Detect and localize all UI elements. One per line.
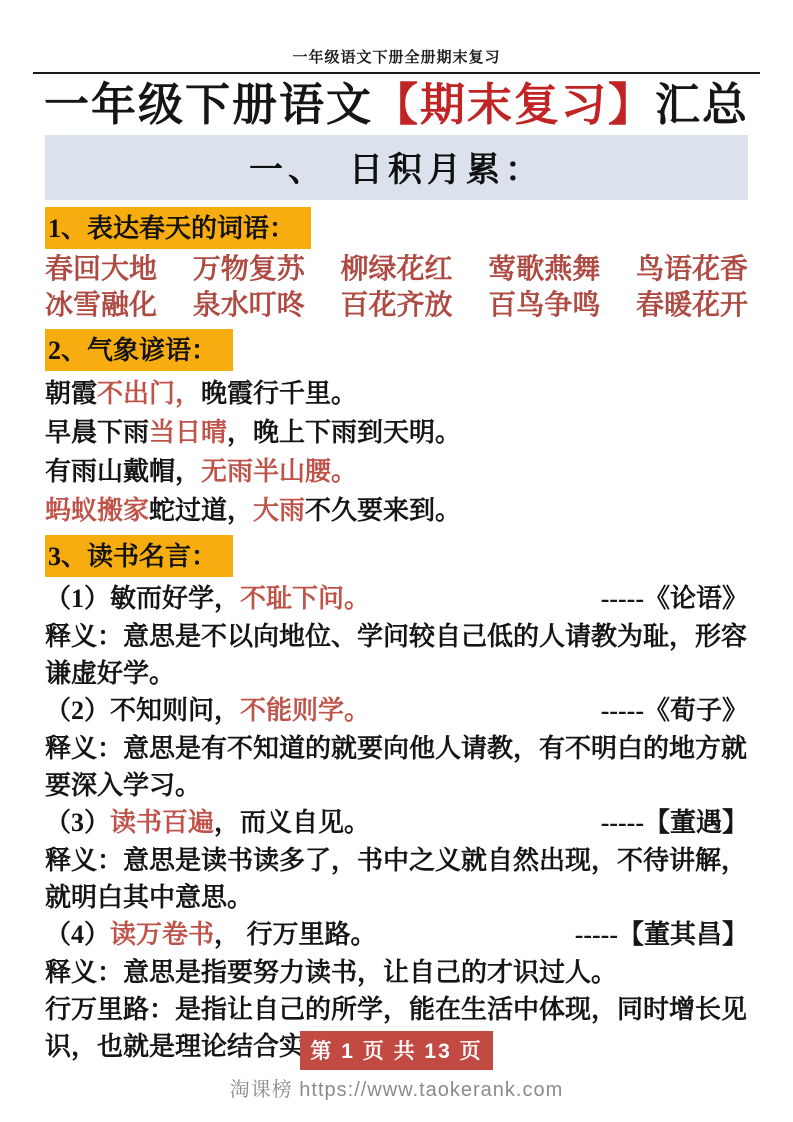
- quote-block: （3）读书百遍，而义自见。-----【董遇】释义：意思是读书读多了，书中之义就自…: [45, 804, 748, 916]
- quote-line: （4）读万卷书， 行万里路。-----【董其昌】: [45, 916, 748, 954]
- body-text: ，晚上下雨到天明。: [227, 418, 461, 447]
- spring-word: 柳绿花红: [340, 252, 452, 288]
- proverb-line: 朝霞不出门，晚霞行千里。: [45, 374, 748, 413]
- quote-line: （1）敏而好学，不耻下问。-----《论语》: [45, 580, 748, 618]
- body-text: ， 行万里路。: [214, 920, 377, 949]
- spring-word: 鸟语花香: [636, 252, 748, 288]
- spring-word-list: 春回大地万物复苏柳绿花红莺歌燕舞鸟语花香冰雪融化泉水叮咚百花齐放百鸟争鸣春暖花开: [45, 252, 748, 324]
- spring-word: 泉水叮咚: [193, 288, 305, 324]
- site-watermark: 淘课榜 https://www.taokerank.com: [0, 1073, 793, 1102]
- running-header: 一年级语文下册全册期末复习: [0, 0, 793, 67]
- highlight-red-text: 蚂蚁搬家: [45, 496, 149, 525]
- quote-explanation: 释义：意思是读书读多了，书中之义就自然出现，不待讲解，就明白其中意思。: [45, 842, 748, 916]
- quote-source: -----《论语》: [601, 580, 748, 618]
- body-text: （1）敏而好学，: [45, 584, 240, 613]
- quote-block: （1）敏而好学，不耻下问。-----《论语》释义：意思是不以向地位、学问较自己低…: [45, 580, 748, 692]
- page-footer: 第 1 页 共 13 页 淘课榜 https://www.taokerank.c…: [0, 1031, 793, 1102]
- quote-source: -----【董其昌】: [575, 916, 748, 954]
- quote-line: （2）不知则问，不能则学。-----《荀子》: [45, 692, 748, 730]
- spring-word: 百花齐放: [340, 288, 452, 324]
- quote-source: -----《荀子》: [601, 692, 748, 730]
- body-text: 释义：意思是读书读多了，书中之义就自然出现，不待讲解，就明白其中意思。: [45, 846, 747, 912]
- quote-text: （1）敏而好学，不耻下问。: [45, 580, 370, 618]
- body-text: 晚霞行千里。: [201, 379, 357, 408]
- spring-word: 冰雪融化: [45, 288, 157, 324]
- quote-text: （2）不知则问，不能则学。: [45, 692, 370, 730]
- document-page: 一年级语文下册全册期末复习 一年级下册语文【期末复习】汇总 一、 日积月累： 1…: [0, 0, 793, 1122]
- body-text: 不久要来到。: [305, 496, 461, 525]
- quote-text: （4）读万卷书， 行万里路。: [45, 916, 377, 954]
- heading-spring-words: 1、表达春天的词语：: [45, 207, 311, 249]
- page-number-badge: 第 1 页 共 13 页: [300, 1031, 492, 1070]
- proverb-line: 有雨山戴帽，无雨半山腰。: [45, 452, 748, 491]
- highlight-red-text: 无雨半山腰。: [201, 457, 357, 486]
- section-banner: 一、 日积月累：: [45, 135, 748, 200]
- body-text: （4）: [45, 920, 110, 949]
- body-text: 有雨山戴帽，: [45, 457, 201, 486]
- body-text: （2）不知则问，: [45, 696, 240, 725]
- quote-explanation: 释义：意思是不以向地位、学问较自己低的人请教为耻，形容谦虚好学。: [45, 618, 748, 692]
- highlight-red-text: 不耻下问。: [240, 584, 370, 613]
- spring-word: 春暖花开: [636, 288, 748, 324]
- title-left-text: 一年级下册语文: [44, 80, 373, 130]
- highlight-red-text: 不出门，: [97, 379, 201, 408]
- heading-reading-quotes: 3、读书名言：: [45, 535, 233, 577]
- quote-block: （2）不知则问，不能则学。-----《荀子》释义：意思是有不知道的就要向他人请教…: [45, 692, 748, 804]
- highlight-red-text: 不能则学。: [240, 696, 370, 725]
- body-text: ，而义自见。: [214, 808, 370, 837]
- header-rule: [33, 72, 760, 74]
- spring-word: 百鸟争鸣: [488, 288, 600, 324]
- body-text: 释义：意思是有不知道的就要向他人请教，有不明白的地方就要深入学习。: [45, 734, 747, 800]
- spring-word: 万物复苏: [193, 252, 305, 288]
- quote-text: （3）读书百遍，而义自见。: [45, 804, 370, 842]
- quote-explanation: 释义：意思是有不知道的就要向他人请教，有不明白的地方就要深入学习。: [45, 730, 748, 804]
- quote-explanation: 释义：意思是指要努力读书，让自己的才识过人。: [45, 954, 748, 991]
- body-text: （3）: [45, 808, 110, 837]
- page-title: 一年级下册语文【期末复习】汇总: [0, 81, 793, 131]
- title-highlight: 【期末复习】: [373, 80, 655, 130]
- proverb-line: 蚂蚁搬家蛇过道，大雨不久要来到。: [45, 491, 748, 530]
- title-right-text: 汇总: [655, 80, 749, 130]
- word-row: 冰雪融化泉水叮咚百花齐放百鸟争鸣春暖花开: [45, 288, 748, 324]
- highlight-red-text: 当日晴: [149, 418, 227, 447]
- content-area: 1、表达春天的词语： 春回大地万物复苏柳绿花红莺歌燕舞鸟语花香冰雪融化泉水叮咚百…: [0, 207, 793, 1065]
- highlight-red-text: 大雨: [253, 496, 305, 525]
- proverb-line: 早晨下雨当日晴，晚上下雨到天明。: [45, 413, 748, 452]
- body-text: 释义：意思是不以向地位、学问较自己低的人请教为耻，形容谦虚好学。: [45, 622, 747, 688]
- heading-weather-proverbs: 2、气象谚语：: [45, 329, 233, 371]
- body-text: 蛇过道，: [149, 496, 253, 525]
- highlight-red-text: 读书百遍: [110, 808, 214, 837]
- word-row: 春回大地万物复苏柳绿花红莺歌燕舞鸟语花香: [45, 252, 748, 288]
- quote-line: （3）读书百遍，而义自见。-----【董遇】: [45, 804, 748, 842]
- body-text: 朝霞: [45, 379, 97, 408]
- body-text: 释义：意思是指要努力读书，让自己的才识过人。: [45, 958, 617, 987]
- quote-source: -----【董遇】: [601, 804, 748, 842]
- reading-quote-list: （1）敏而好学，不耻下问。-----《论语》释义：意思是不以向地位、学问较自己低…: [45, 580, 748, 1065]
- weather-proverb-lines: 朝霞不出门，晚霞行千里。早晨下雨当日晴，晚上下雨到天明。有雨山戴帽，无雨半山腰。…: [45, 374, 748, 530]
- spring-word: 春回大地: [45, 252, 157, 288]
- highlight-red-text: 读万卷书: [110, 920, 214, 949]
- body-text: 早晨下雨: [45, 418, 149, 447]
- spring-word: 莺歌燕舞: [488, 252, 600, 288]
